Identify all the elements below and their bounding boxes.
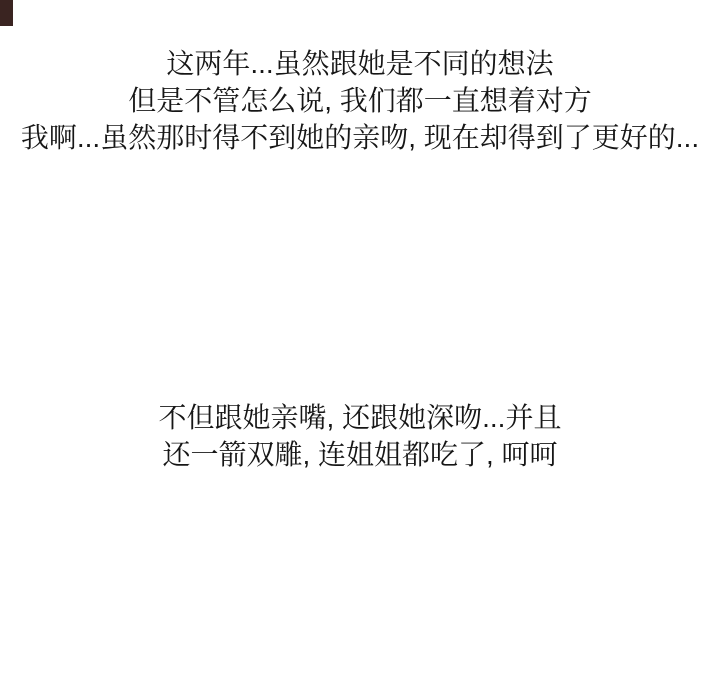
dialogue-line: 我啊...虽然那时得不到她的亲吻, 现在却得到了更好的... bbox=[0, 119, 720, 156]
dialogue-block-middle: 不但跟她亲嘴, 还跟她深吻...并且 还一箭双雕, 连姐姐都吃了, 呵呵 bbox=[0, 399, 720, 473]
comic-page: 这两年...虽然跟她是不同的想法 但是不管怎么说, 我们都一直想着对方 我啊..… bbox=[0, 0, 720, 700]
dialogue-line: 不但跟她亲嘴, 还跟她深吻...并且 bbox=[0, 399, 720, 436]
dialogue-block-top: 这两年...虽然跟她是不同的想法 但是不管怎么说, 我们都一直想着对方 我啊..… bbox=[0, 45, 720, 156]
dialogue-line: 还一箭双雕, 连姐姐都吃了, 呵呵 bbox=[0, 436, 720, 473]
panel-art-fragment bbox=[0, 0, 13, 26]
dialogue-line: 但是不管怎么说, 我们都一直想着对方 bbox=[0, 82, 720, 119]
dialogue-line: 这两年...虽然跟她是不同的想法 bbox=[0, 45, 720, 82]
